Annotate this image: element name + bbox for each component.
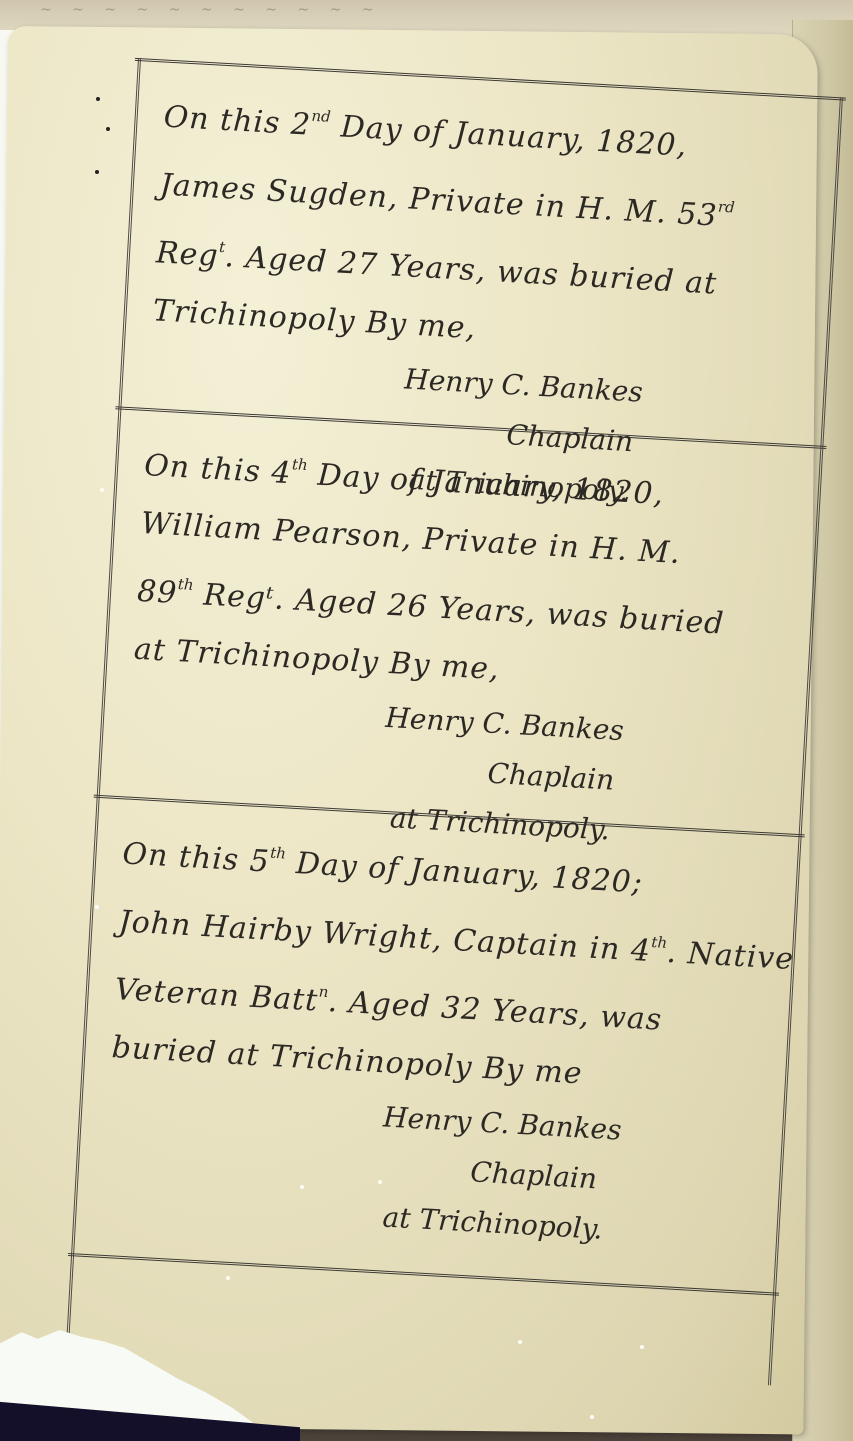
- age-text: Reg: [155, 235, 219, 273]
- burial-entry: On this 4th Day of January, 1820, Willia…: [100, 410, 820, 834]
- date-suffix: Day of January, 1820;: [284, 846, 643, 901]
- date-suffix: Day of January, 1820,: [329, 109, 688, 164]
- ink-dot: [96, 97, 100, 101]
- date-suffix: Day of January, 1820,: [306, 457, 665, 512]
- paper-speck: [640, 1345, 644, 1349]
- age-text: Veteran Batt: [114, 972, 319, 1018]
- paper-speck: [590, 1415, 594, 1419]
- paper-speck: [226, 1276, 230, 1280]
- age-rest: . Aged 32 Years, was: [327, 984, 663, 1038]
- paper-speck: [300, 1185, 304, 1189]
- date-prefix: On this 2: [163, 100, 312, 143]
- date-ordinal: nd: [311, 107, 331, 126]
- paper-speck: [518, 1340, 522, 1344]
- date-ordinal: th: [270, 844, 287, 863]
- date-prefix: On this 5: [122, 836, 271, 879]
- name-ordinal: rd: [718, 198, 736, 217]
- paper-speck: [95, 905, 99, 909]
- ink-dot: [95, 170, 99, 174]
- name-ordinal: th: [651, 933, 668, 952]
- paper-speck: [378, 1180, 382, 1184]
- burial-entry: On this 2nd Day of January, 1820, James …: [122, 61, 840, 446]
- age-sup: th: [177, 575, 194, 594]
- age-text: 89: [136, 574, 178, 611]
- date-prefix: On this 4: [143, 448, 292, 491]
- register-grid: On this 2nd Day of January, 1820, James …: [66, 58, 843, 1385]
- faded-writing: ~ ~ ~ ~ ~ ~ ~ ~ ~ ~ ~: [40, 2, 382, 18]
- photo-stage: ~ ~ ~ ~ ~ ~ ~ ~ ~ ~ ~ On this 2nd Day of…: [0, 0, 853, 1441]
- paper-speck: [100, 488, 104, 492]
- name-after: . Native: [666, 935, 795, 977]
- ink-dot: [106, 127, 110, 131]
- date-ordinal: th: [292, 455, 309, 474]
- burial-entry: On this 5th Day of January, 1820; John H…: [74, 798, 798, 1292]
